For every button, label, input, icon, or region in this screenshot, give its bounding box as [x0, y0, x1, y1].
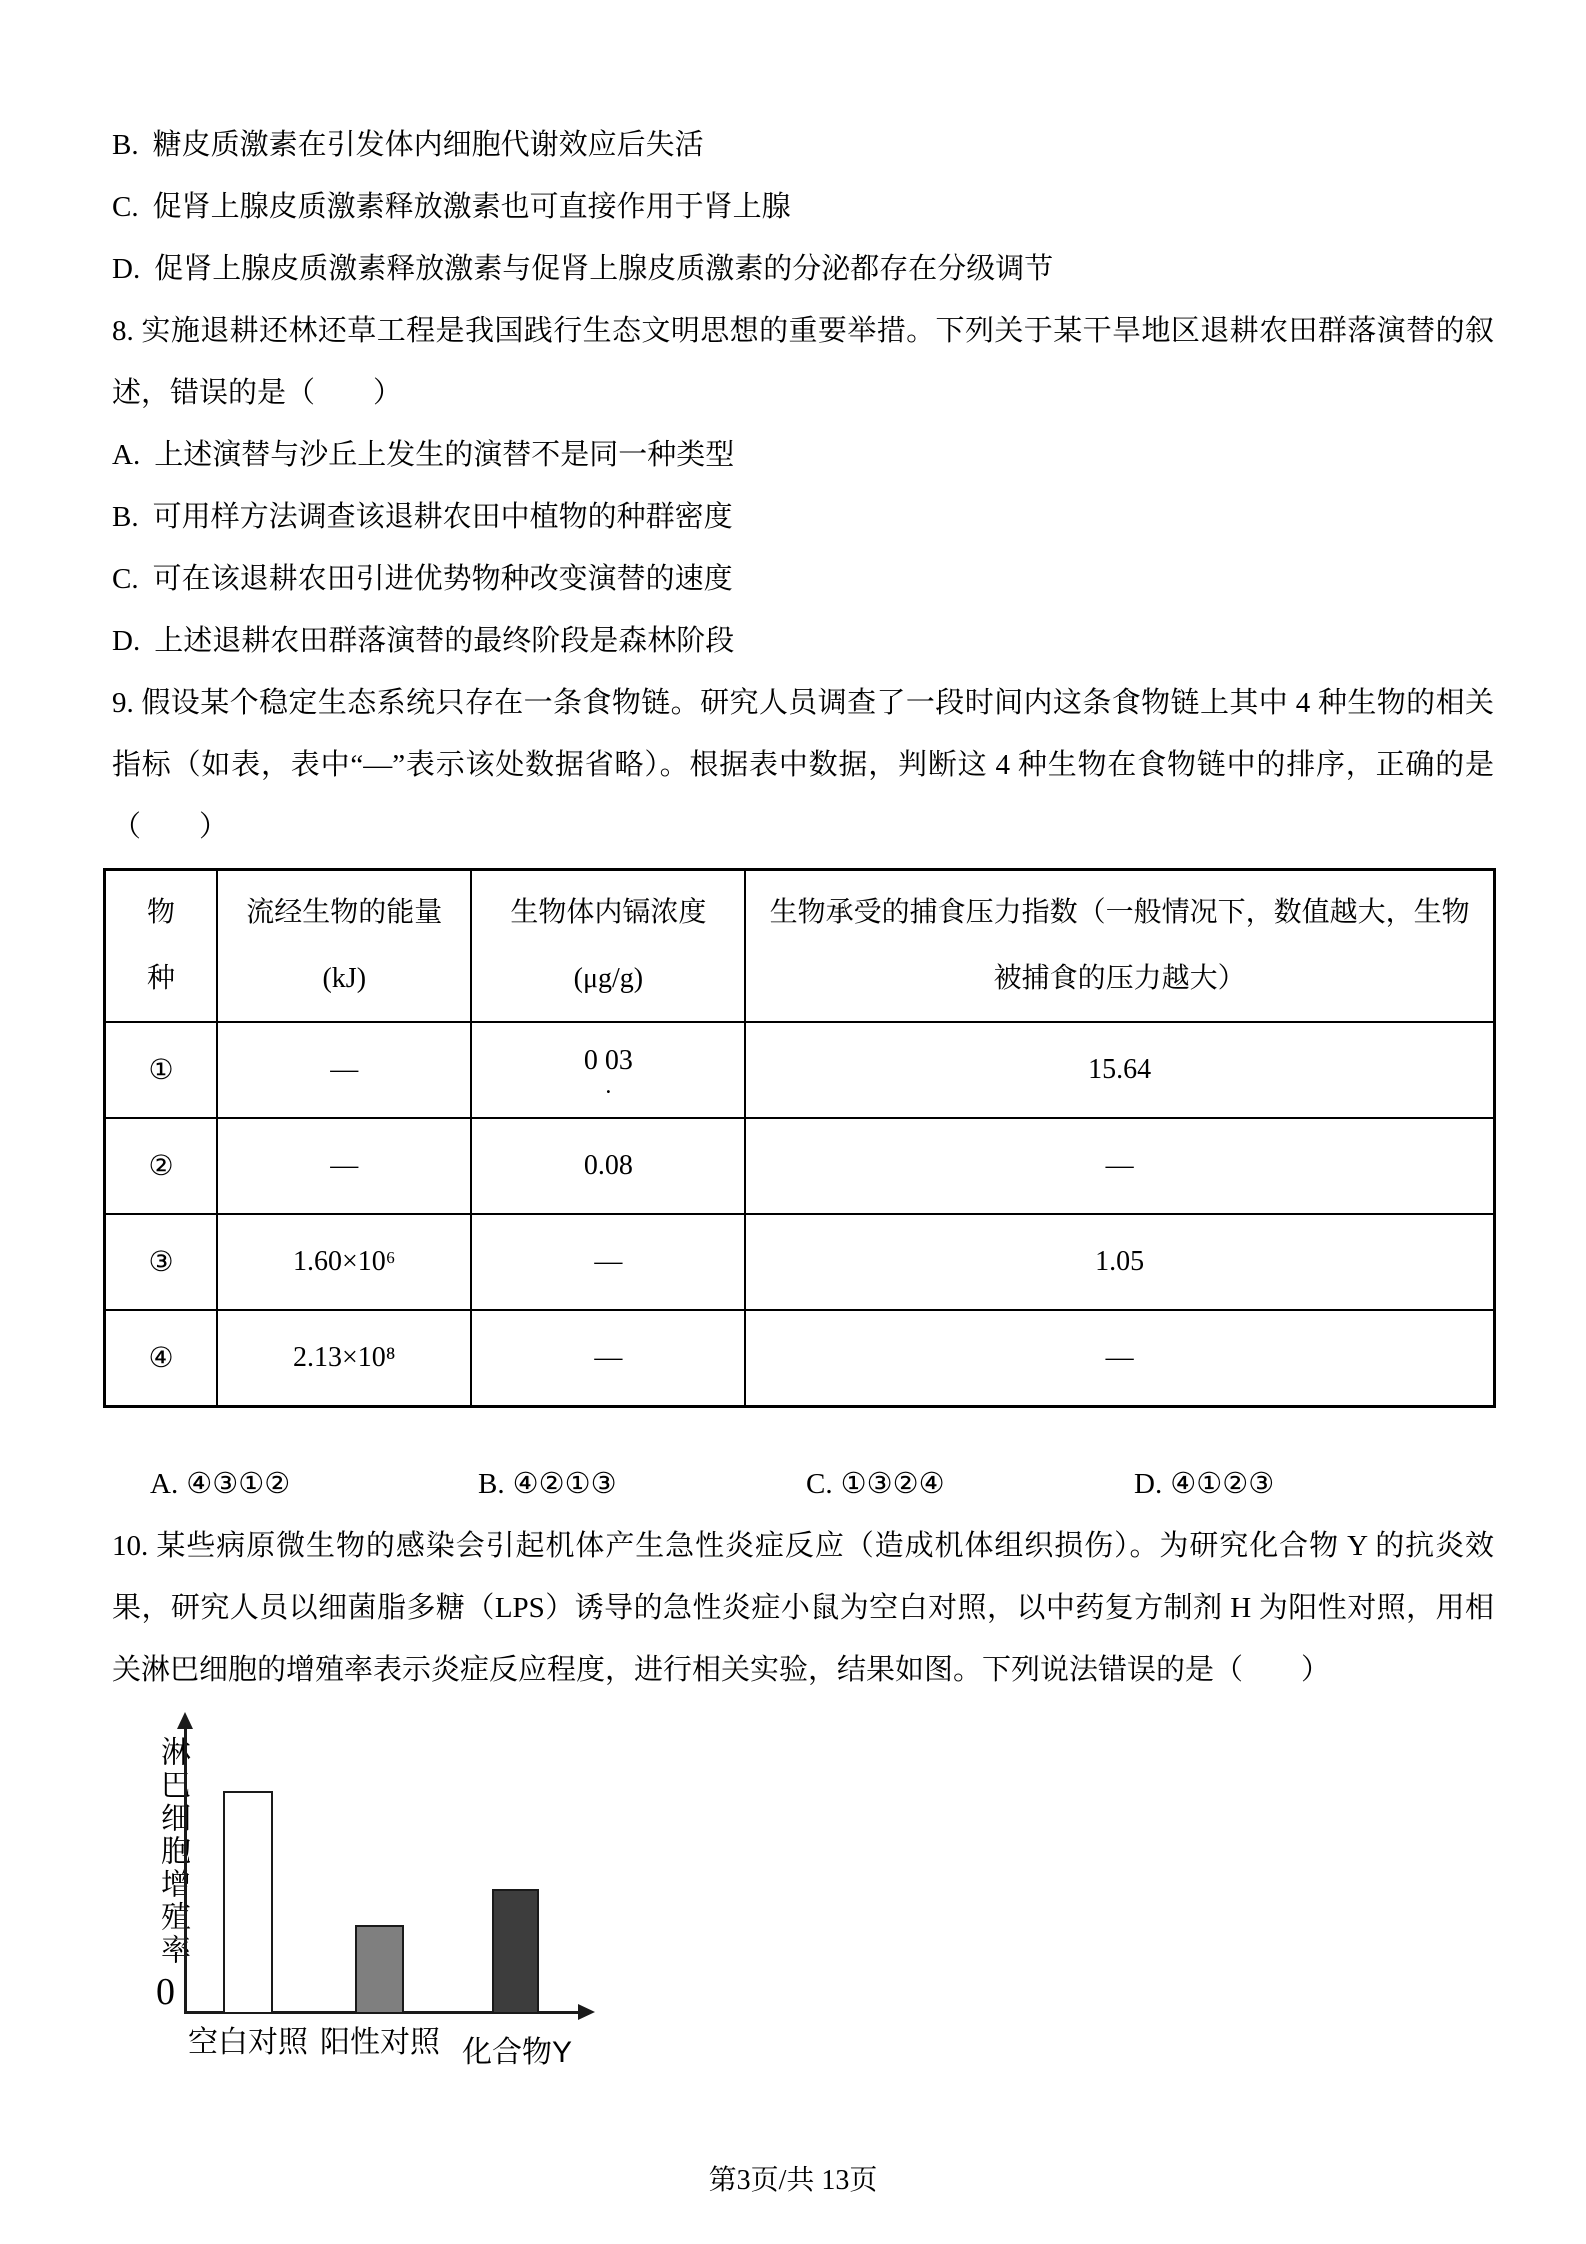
- cell-energy: 1.60×10⁶: [217, 1214, 471, 1310]
- header-energy: 流经生物的能量 (kJ): [217, 870, 471, 1023]
- option-label: C.: [112, 563, 139, 595]
- option-text: 糖皮质激素在引发体内细胞代谢效应后失活: [153, 129, 704, 161]
- option-text: ④③①②: [186, 1468, 290, 1500]
- cell-pressure: —: [745, 1310, 1494, 1407]
- option-line: B.可用样方法调查该退耕农田中植物的种群密度: [112, 486, 1494, 548]
- table-row: ③ 1.60×10⁶ — 1.05: [105, 1214, 1495, 1310]
- species-indicator-table: 物 种 流经生物的能量 (kJ) 生物体内镉浓度 (μg/g) 生物承受的捕食压…: [103, 868, 1496, 1408]
- bar-category-label: 化合物Y: [452, 2027, 582, 2071]
- option-label: C.: [112, 191, 139, 223]
- option-line: B.④②①③: [478, 1453, 617, 1515]
- cell-species: ①: [105, 1022, 218, 1118]
- y-axis: [184, 1726, 187, 2014]
- option-text: 上述演替与沙丘上发生的演替不是同一种类型: [154, 439, 734, 471]
- cell-energy: —: [217, 1118, 471, 1214]
- option-line: A.④③①②: [150, 1453, 290, 1515]
- option-label: B.: [112, 129, 139, 161]
- header-species: 物 种: [105, 870, 218, 1023]
- exam-page: B.糖皮质激素在引发体内细胞代谢效应后失活 C.促肾上腺皮质激素释放激素也可直接…: [0, 0, 1586, 2244]
- cell-species: ②: [105, 1118, 218, 1214]
- bar-category-label: 阳性对照: [315, 2017, 445, 2061]
- option-label: B.: [478, 1468, 505, 1500]
- option-line: B.糖皮质激素在引发体内细胞代谢效应后失活: [112, 114, 1494, 176]
- option-label: A.: [112, 439, 140, 471]
- option-text: ④②①③: [513, 1468, 617, 1500]
- option-line: D.上述退耕农田群落演替的最终阶段是森林阶段: [112, 610, 1494, 672]
- lymphocyte-proliferation-bar-chart: 淋巴细胞增殖率 0 空白对照 阳性对照 化合物Y: [150, 1714, 620, 2064]
- x-axis-arrow-icon: [578, 2004, 595, 2020]
- option-line: D.④①②③: [1134, 1453, 1274, 1515]
- option-text: ④①②③: [1170, 1468, 1274, 1500]
- cell-pressure: —: [745, 1118, 1494, 1214]
- option-label: B.: [112, 501, 139, 533]
- bar-category-label: 空白对照: [183, 2017, 313, 2061]
- cell-energy: —: [217, 1022, 471, 1118]
- cell-species: ④: [105, 1310, 218, 1407]
- y-axis-label: 淋巴细胞增殖率: [150, 1736, 194, 1986]
- option-line: A.上述演替与沙丘上发生的演替不是同一种类型: [112, 424, 1494, 486]
- table-header-row: 物 种 流经生物的能量 (kJ) 生物体内镉浓度 (μg/g) 生物承受的捕食压…: [105, 870, 1495, 1023]
- origin-label: 0: [156, 1972, 175, 2012]
- option-label: D.: [1134, 1468, 1162, 1500]
- page-number-footer: 第3页/共 13页: [0, 2158, 1586, 2198]
- option-line: D.促肾上腺皮质激素释放激素与促肾上腺皮质激素的分泌都存在分级调节: [112, 238, 1494, 300]
- question9-options-row: A.④③①② B.④②①③ C.①③②④ D.④①②③: [112, 1453, 1494, 1515]
- option-text: 上述退耕农田群落演替的最终阶段是森林阶段: [154, 625, 734, 657]
- option-text: 可用样方法调查该退耕农田中植物的种群密度: [153, 501, 733, 533]
- cell-species: ③: [105, 1214, 218, 1310]
- bar-blank-control: [223, 1791, 273, 2014]
- cell-cadmium: 0 03 .: [471, 1022, 745, 1118]
- option-text: 促肾上腺皮质激素释放激素与促肾上腺皮质激素的分泌都存在分级调节: [154, 253, 1053, 285]
- option-text: ①③②④: [841, 1468, 945, 1500]
- option-line: C.可在该退耕农田引进优势物种改变演替的速度: [112, 548, 1494, 610]
- option-line: C.①③②④: [806, 1453, 945, 1515]
- cell-energy: 2.13×10⁸: [217, 1310, 471, 1407]
- table-row: ② — 0.08 —: [105, 1118, 1495, 1214]
- cell-pressure: 15.64: [745, 1022, 1494, 1118]
- header-cadmium: 生物体内镉浓度 (μg/g): [471, 870, 745, 1023]
- option-label: D.: [112, 253, 140, 285]
- cell-cadmium: —: [471, 1214, 745, 1310]
- cell-pressure: 1.05: [745, 1214, 1494, 1310]
- option-label: A.: [150, 1468, 178, 1500]
- option-text: 可在该退耕农田引进优势物种改变演替的速度: [153, 563, 733, 595]
- y-axis-arrow-icon: [177, 1712, 193, 1729]
- bar-positive-control: [355, 1925, 404, 2014]
- table-row: ① — 0 03 . 15.64: [105, 1022, 1495, 1118]
- table-row: ④ 2.13×10⁸ — —: [105, 1310, 1495, 1407]
- option-line: C.促肾上腺皮质激素释放激素也可直接作用于肾上腺: [112, 176, 1494, 238]
- cell-cadmium: —: [471, 1310, 745, 1407]
- header-predation-pressure: 生物承受的捕食压力指数（一般情况下，数值越大，生物 被捕食的压力越大）: [745, 870, 1494, 1023]
- option-label: C.: [806, 1468, 833, 1500]
- page-content: B.糖皮质激素在引发体内细胞代谢效应后失活 C.促肾上腺皮质激素释放激素也可直接…: [112, 114, 1494, 2064]
- option-label: D.: [112, 625, 140, 657]
- question10-stem: 10. 某些病原微生物的感染会引起机体产生急性炎症反应（造成机体组织损伤）。为研…: [112, 1515, 1494, 1701]
- option-text: 促肾上腺皮质激素释放激素也可直接作用于肾上腺: [153, 191, 791, 223]
- cell-cadmium: 0.08: [471, 1118, 745, 1214]
- bar-compound-y: [492, 1889, 539, 2014]
- question9-stem: 9. 假设某个稳定生态系统只存在一条食物链。研究人员调查了一段时间内这条食物链上…: [112, 672, 1494, 858]
- question8-stem: 8. 实施退耕还林还草工程是我国践行生态文明思想的重要举措。下列关于某干旱地区退…: [112, 300, 1494, 424]
